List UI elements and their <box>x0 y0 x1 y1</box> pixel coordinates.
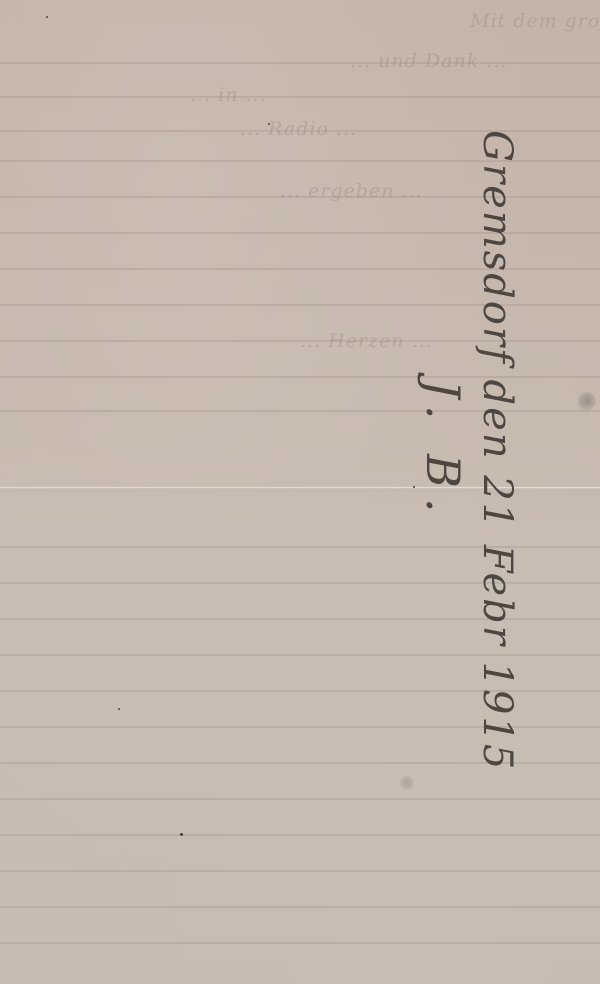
bleed-text: ... und Dank ... <box>350 50 507 72</box>
bleed-text: ... Radio ... <box>240 118 357 140</box>
stain-spot <box>578 392 596 410</box>
speck <box>46 16 48 18</box>
bleed-text: Mit dem großen <box>470 10 600 32</box>
place-date-line: Gremsdorf den 21 Febr 1915 <box>474 130 520 771</box>
bleed-line <box>0 96 600 98</box>
bleed-line <box>0 870 600 872</box>
bleed-text: ... in ... <box>190 84 267 106</box>
speck <box>118 708 120 710</box>
speck <box>180 833 183 836</box>
bleed-line <box>0 942 600 944</box>
bleed-line <box>0 906 600 908</box>
signature: J. B. <box>416 380 470 523</box>
speck <box>413 486 415 488</box>
stain-spot <box>400 776 414 790</box>
bleed-text: ... ergeben ... <box>280 180 423 202</box>
bleed-text: ... Herzen ... <box>300 330 433 352</box>
bleed-line <box>0 834 600 836</box>
speck <box>268 123 270 125</box>
bleed-line <box>0 798 600 800</box>
bleed-line <box>0 62 600 64</box>
